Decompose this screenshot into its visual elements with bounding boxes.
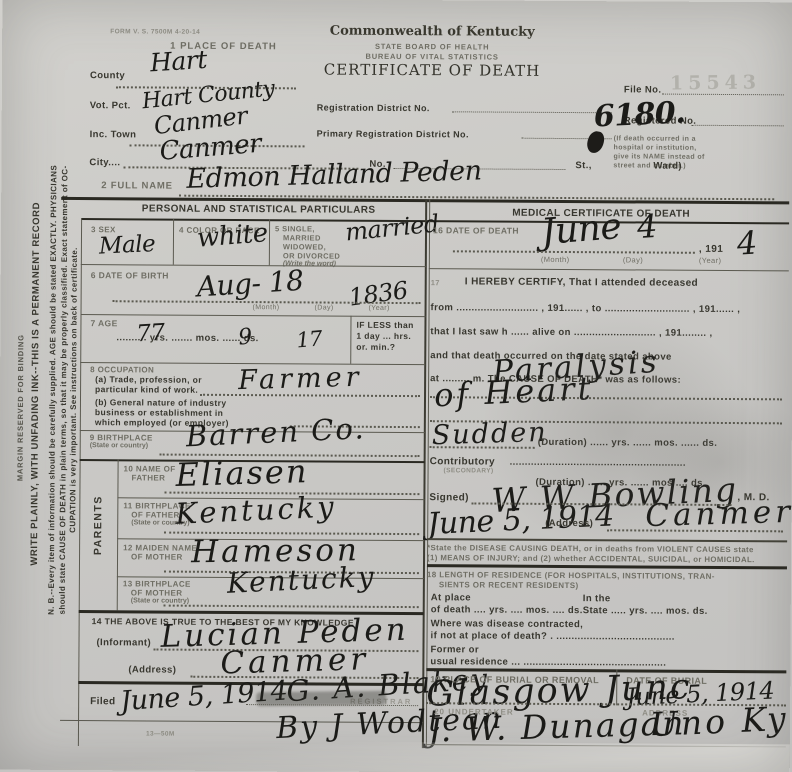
- death-month-label: (Month): [541, 255, 570, 264]
- father-birthplace-value: Kentucky: [175, 489, 338, 530]
- file-no-stamp: 15543: [670, 71, 761, 94]
- row-dob-bottom: [81, 314, 426, 317]
- informant-label: (Informant): [96, 637, 151, 648]
- section-personal-title: PERSONAL AND STATISTICAL PARTICULARS: [91, 203, 426, 216]
- certify-line1: I HEREBY CERTIFY, That I attended deceas…: [465, 276, 698, 288]
- header-board: STATE BOARD OF HEALTH: [292, 41, 572, 52]
- residence-usual-line: usual residence ... ....................…: [430, 656, 666, 668]
- occupation-a-line2: particular kind of work.: [95, 384, 198, 395]
- form-code: FORM V. S. 7500M 4-20-14: [110, 28, 200, 36]
- signed-address-value: Canmer: [645, 494, 792, 534]
- margin-note-binding: MARGIN RESERVED FOR BINDING: [14, 118, 27, 698]
- father-name-label-line1: 10 NAME OF: [124, 464, 176, 473]
- birthplace-sub-label: (State or country): [90, 442, 148, 449]
- death-date-dots: [453, 250, 695, 253]
- file-no-label: File No.: [624, 84, 662, 95]
- residence-contracted-line2: if not at place of death? . ............…: [431, 630, 675, 642]
- death-date-label: 16 DATE OF DEATH: [433, 225, 519, 236]
- reg-district-dots: [452, 111, 612, 113]
- signed-row-bottom: [427, 538, 787, 542]
- ward-label: Ward): [653, 161, 682, 172]
- death-certificate-photo: MARGIN RESERVED FOR BINDING WRITE PLAINL…: [0, 0, 792, 772]
- city-label: City....: [89, 157, 120, 168]
- full-name-value: Edmon Halland Peden: [186, 155, 482, 194]
- contributory-sub-label: (SECONDARY): [444, 467, 494, 474]
- dob-year-label: (Year): [369, 305, 390, 312]
- sex-race-divider: [173, 219, 174, 265]
- full-name-label: 2 FULL NAME: [101, 180, 173, 191]
- registered-no-dots: [692, 125, 784, 127]
- hospital-note-line1: (If death occurred in a: [614, 135, 696, 143]
- signed-label: Signed): [429, 492, 469, 503]
- margin-note-write-plainly: WRITE PLAINLY, WITH UNFADING INK--THIS I…: [28, 22, 43, 746]
- rule-footnote-bottom: [427, 564, 787, 569]
- residence-of-death-line: of death .... yrs. .... mos. .... ds.: [431, 604, 583, 616]
- dob-month-label: (Month): [253, 304, 280, 311]
- certify-number: 17: [431, 278, 440, 287]
- death-year-label: (Year): [699, 256, 722, 265]
- occupation-a-dots: [200, 394, 420, 397]
- hospital-note-line2: hospital or institution,: [614, 144, 697, 152]
- signed-address-label: (Address): [545, 518, 593, 529]
- reg-district-label: Registration District No.: [317, 102, 430, 113]
- death-date-month-value: June: [540, 206, 623, 253]
- death-date-day-value: 4: [636, 207, 658, 246]
- certify-line3: that I last saw h ...... alive on ......…: [430, 326, 712, 339]
- mother-maiden-label-line1: 12 MAIDEN NAME: [123, 543, 197, 552]
- age-yrs-value: 77: [136, 320, 166, 348]
- occupation-a-value: Farmer: [238, 362, 363, 397]
- mother-birthplace-label-line3: (State or country): [131, 597, 189, 604]
- county-label: County: [90, 70, 125, 81]
- death-date-year-value: 4: [736, 224, 758, 263]
- footnote-line2: (1) MEANS OF INJURY; and (2) whether ACC…: [427, 553, 755, 564]
- age-ds-value: 17: [295, 326, 323, 352]
- contributory-dots: ........................................…: [510, 457, 686, 469]
- occupation-label: 8 OCCUPATION: [90, 365, 154, 374]
- age-mos-value: 9: [237, 324, 253, 350]
- death-date-year-printed: , 191: [699, 244, 723, 255]
- header-title: CERTIFICATE OF DEATH: [282, 60, 582, 80]
- residence-former-label: Former or: [430, 644, 479, 655]
- dob-day-label: (Day): [315, 304, 334, 311]
- residence-contracted-line1: Where was disease contracted,: [431, 618, 584, 630]
- residence-at-place-label: At place: [431, 592, 471, 603]
- residence-state-line: State ..... yrs. .... mos. ds.: [583, 605, 708, 617]
- father-name-label-line2: FATHER: [131, 473, 165, 482]
- marital-label-line1: 5 SINGLE,: [275, 224, 315, 233]
- margin-note-nb: N. B.--Every item of information should …: [46, 18, 82, 762]
- dob-label: 6 DATE OF BIRTH: [91, 270, 169, 280]
- photo-fold-bottom: [0, 740, 790, 772]
- mother-maiden-label-line2: OF MOTHER: [131, 552, 183, 561]
- residence-label-line2: SIENTS OR RECENT RESIDENTS): [439, 580, 579, 590]
- undertaker-address-value: Uno Ky: [649, 699, 789, 744]
- age-less-line2: 1 day ... hrs.: [356, 331, 411, 341]
- certificate-paper: MARGIN RESERVED FOR BINDING WRITE PLAINL…: [0, 0, 792, 772]
- residence-label-line1: 18 LENGTH OF RESIDENCE (FOR HOSPITALS, I…: [427, 570, 715, 581]
- inc-town-label: Inc. Town: [90, 129, 137, 140]
- race-marital-divider: [269, 219, 270, 265]
- st-label: St.,: [575, 160, 591, 171]
- birthplace-label: 9 BIRTHPLACE: [90, 433, 153, 442]
- certify-duration: (Duration) ...... yrs. ...... mos. .....…: [538, 437, 718, 449]
- cause-of-death-line2: of Heart: [433, 369, 594, 414]
- mother-birthplace-label-line1: 13 BIRTHPLACE: [123, 579, 191, 588]
- header-commonwealth: Commonwealth of Kentucky: [292, 23, 572, 40]
- primary-reg-value: 6180.: [593, 95, 686, 134]
- contributory-label: Contributory: [430, 456, 495, 467]
- death-day-label: (Day): [623, 255, 643, 264]
- certify-line2: from ........................... , 191..…: [431, 302, 741, 315]
- age-less-line1: IF LESS than: [356, 320, 413, 330]
- birthplace-value: Barren Co.: [185, 411, 366, 453]
- age-label: 7 AGE: [90, 318, 117, 328]
- father-birthplace-label-line2: OF FATHER: [131, 510, 179, 519]
- ink-blot: [585, 130, 605, 155]
- race-value: white: [196, 218, 269, 254]
- filed-form-no: 13—50M: [146, 730, 175, 737]
- marital-label-line2: MARRIED: [283, 233, 321, 242]
- undertaker-value: J. W. Dunagan: [428, 703, 686, 749]
- death-date-row-bottom: [429, 268, 789, 271]
- occupation-a-line1: (a) Trade, profession, or: [95, 374, 202, 385]
- county-value: Hart: [149, 45, 207, 78]
- vot-pct-label: Vot. Pct.: [90, 100, 131, 111]
- informant-address-label: (Address): [128, 664, 176, 675]
- age-box-divider: [350, 316, 351, 364]
- primary-reg-label: Primary Registration District No.: [317, 128, 469, 139]
- mother-birthplace-value: Kentucky: [226, 560, 376, 600]
- mother-birthplace-dots: [164, 605, 419, 609]
- marital-label-line4: OR DIVORCED: [283, 251, 340, 260]
- sex-value: Male: [98, 231, 155, 260]
- filed-label: Filed: [90, 696, 115, 707]
- age-less-line3: or. min.?: [356, 342, 395, 352]
- father-name-value: Eliasen: [175, 452, 309, 494]
- parents-side-divider: [117, 459, 119, 610]
- marital-label-line3: WIDOWED,: [283, 242, 326, 251]
- mother-birthplace-label-line2: OF MOTHER: [131, 588, 183, 597]
- residence-in-the-label: In the: [583, 593, 611, 604]
- parents-side-label: PARENTS: [92, 480, 105, 570]
- dob-value: Aug- 18: [196, 264, 305, 304]
